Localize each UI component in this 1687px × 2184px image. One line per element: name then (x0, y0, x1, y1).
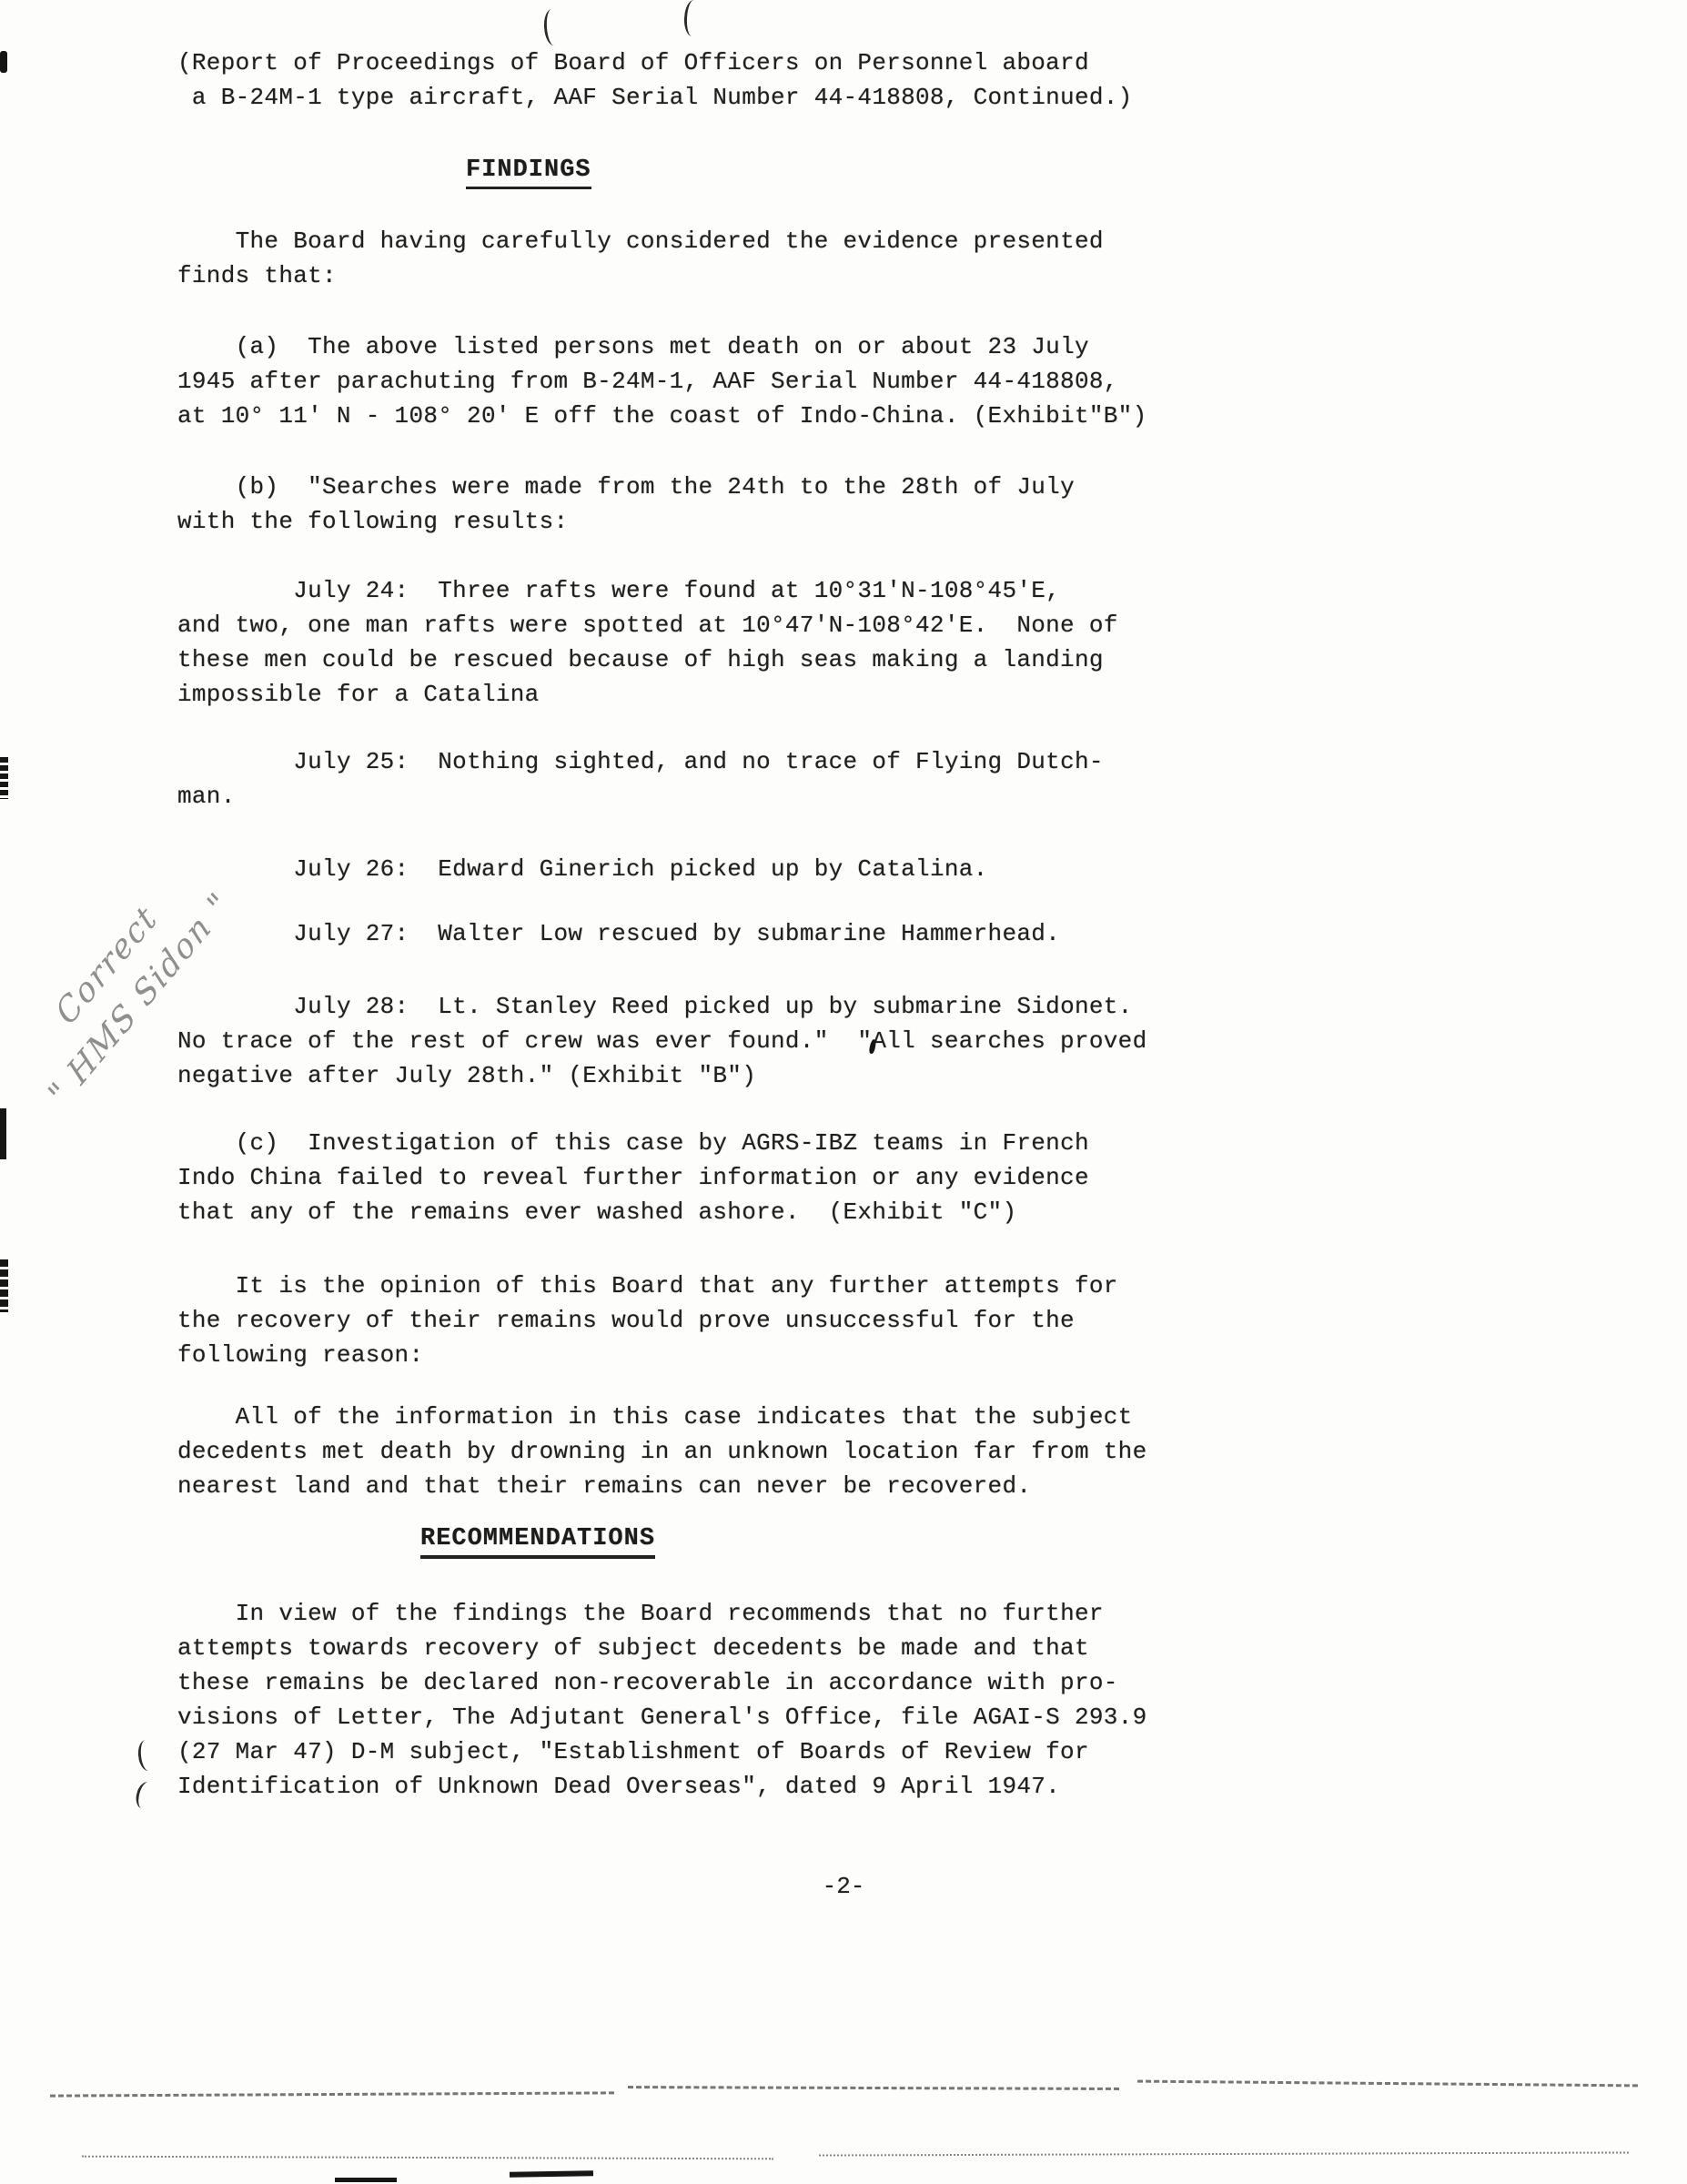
scan-artifact-paren-top-left (543, 8, 563, 45)
scan-artifact-paren-bottom-1 (136, 1739, 157, 1772)
search-result-july-25: July 25: Nothing sighted, and no trace o… (177, 744, 1197, 814)
board-opinion-paragraph: It is the opinion of this Board that any… (177, 1269, 1197, 1372)
page-number: -2- (0, 1873, 1687, 1900)
findings-intro: The Board having carefully considered th… (177, 224, 1197, 293)
scan-mark-left-edge-4 (0, 1259, 8, 1312)
scan-mark-left-edge-3 (0, 1108, 6, 1159)
scan-dark-dash-bottom-2 (335, 2178, 397, 2182)
finding-item-a: (a) The above listed persons met death o… (177, 329, 1197, 433)
scan-artifact-paren-top-right (683, 0, 702, 36)
scan-mark-left-edge-1 (0, 51, 7, 73)
scan-dark-dash-bottom-1 (510, 2170, 593, 2178)
scan-fold-line-1a (50, 2091, 614, 2097)
finding-item-b: (b) "Searches were made from the 24th to… (177, 470, 1197, 539)
scan-fold-line-1c (1137, 2080, 1638, 2088)
scan-fold-line-2b (819, 2151, 1629, 2156)
document-page: (Report of Proceedings of Board of Offic… (0, 0, 1687, 2184)
conclusion-paragraph: All of the information in this case indi… (177, 1400, 1197, 1503)
recommendations-heading: RECOMMENDATIONS (420, 1525, 655, 1559)
recommendations-paragraph: In view of the findings the Board recomm… (177, 1596, 1197, 1804)
scan-fold-line-1b (628, 2086, 1119, 2090)
report-continuation-header: (Report of Proceedings of Board of Offic… (177, 45, 1197, 115)
search-result-july-28: July 28: Lt. Stanley Reed picked up by s… (177, 989, 1197, 1093)
finding-item-c: (c) Investigation of this case by AGRS-I… (177, 1126, 1197, 1229)
search-result-july-24: July 24: Three rafts were found at 10°31… (177, 573, 1197, 712)
findings-heading: FINDINGS (466, 157, 591, 189)
search-result-july-26: July 26: Edward Ginerich picked up by Ca… (177, 852, 1197, 886)
scan-mark-left-edge-2 (0, 757, 8, 799)
scan-fold-line-2a (82, 2156, 773, 2160)
search-result-july-27: July 27: Walter Low rescued by submarine… (177, 916, 1197, 951)
scan-artifact-paren-bottom-2 (134, 1780, 157, 1811)
